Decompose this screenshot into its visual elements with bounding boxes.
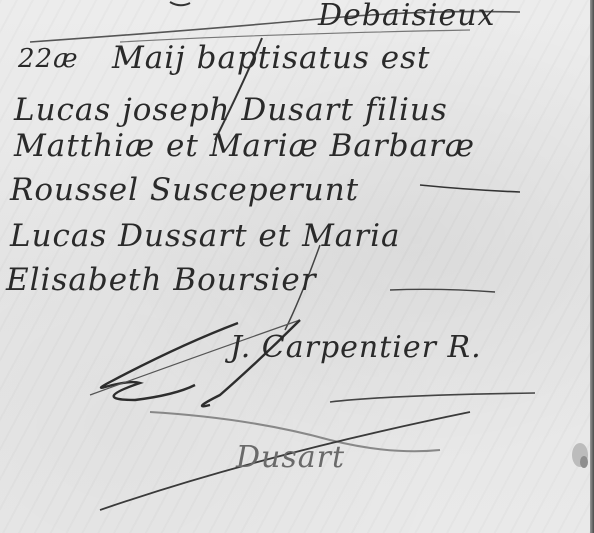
previous-entry-name: Debaisieux [318,0,495,33]
entry-line-5: Lucas Dussart et Maria [10,218,401,254]
entry-line-2: Lucas joseph Dusart filius [14,92,448,128]
priest-signature: J. Carpentier R. [230,330,482,365]
page-edge [590,0,594,533]
entry-line-4: Roussel Susceperunt [10,172,359,208]
entry-line-3: Matthiæ et Mariæ Barbaræ [14,128,475,164]
entry-day: 22æ [18,44,79,74]
manuscript-page: Debaisieux 22æ Maij baptisatus est Lucas… [0,0,594,533]
entry-line-6: Elisabeth Boursier [6,262,317,298]
father-signature: Dusart [236,440,345,475]
entry-line-1: Maij baptisatus est [112,40,430,76]
